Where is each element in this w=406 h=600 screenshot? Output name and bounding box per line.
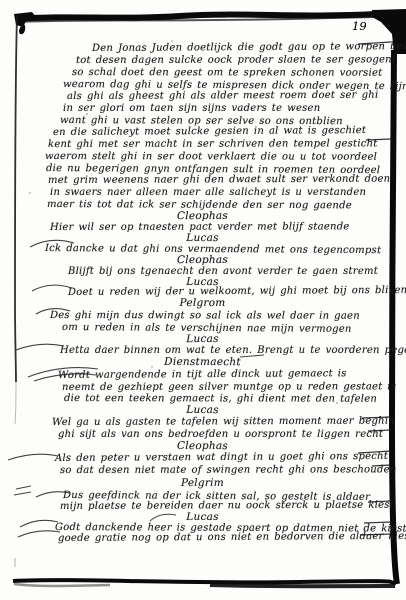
manuscript-line: goede gratie nog op dat u ons niet en be…	[58, 531, 406, 544]
text-layer: Den Jonas Juden doetlijck die godt gau o…	[0, 0, 406, 600]
manuscript-line: Des ghi mijn dus dwingt so sal ick als w…	[50, 310, 360, 322]
manuscript-line: Wel ga u als gasten te tafelen wij sitte…	[52, 416, 395, 428]
manuscript-line: Wordt wargendende in tijt alle dinck uut…	[58, 368, 347, 381]
manuscript-line: neemt de gezhiept geen silver muntge op …	[62, 381, 396, 393]
speaker-heading: Cleophas	[60, 254, 345, 266]
manuscript-line: als ghi als gheest ghi als alder meest r…	[67, 90, 378, 102]
speaker-heading: Pelgrim	[60, 478, 345, 490]
manuscript-line: waerom stelt ghi in ser doot verklaert d…	[45, 151, 377, 163]
manuscript-line: en die salicheyt moet sulcke gesien in a…	[53, 125, 366, 138]
manuscript-line: tot desen dagen sulcke oock proder slaen…	[76, 54, 396, 66]
manuscript-line: Den Jonas Juden doetlijck die godt gau o…	[92, 41, 406, 54]
manuscript-line: so schal doet den geest om te spreken sc…	[72, 67, 382, 79]
manuscript-line: Als den peter u verstaen wat dingt in u …	[55, 451, 388, 464]
speaker-heading: Pelgrom	[60, 298, 345, 310]
manuscript-scan: 19 Den Jonas Juden doetlijck die godt ga…	[0, 0, 406, 600]
manuscript-line: kent ghi met ser macht in ser schriven d…	[48, 138, 378, 150]
manuscript-line: mijn plaetse te bereiden daer nu oock st…	[60, 500, 394, 512]
speaker-heading: Dienstmaecht	[60, 356, 345, 368]
manuscript-line: Blijft bij ons tgenaecht den avont verde…	[68, 266, 378, 277]
manuscript-line: ghi sijt als van ons bedroefden u oorspr…	[58, 429, 383, 440]
manuscript-line: Hetta daer binnen om wat te eten. Brengt…	[60, 345, 406, 356]
manuscript-line: in swaers naer alleen maer alle salichey…	[50, 187, 366, 198]
manuscript-line: so dat desen niet mate of swingen recht …	[60, 464, 397, 476]
speaker-heading: Lucas	[60, 333, 345, 345]
manuscript-line: in ser glori om taen sijn sijns vaders t…	[63, 103, 320, 114]
manuscript-line: met grim weenens naer ghi den dwaet sult…	[48, 174, 390, 186]
manuscript-line: Doet u reden wij der u welkoomt, wij ghi…	[68, 285, 406, 298]
manuscript-line: die tot een teeken gemaect is, ghi dient…	[64, 393, 377, 405]
